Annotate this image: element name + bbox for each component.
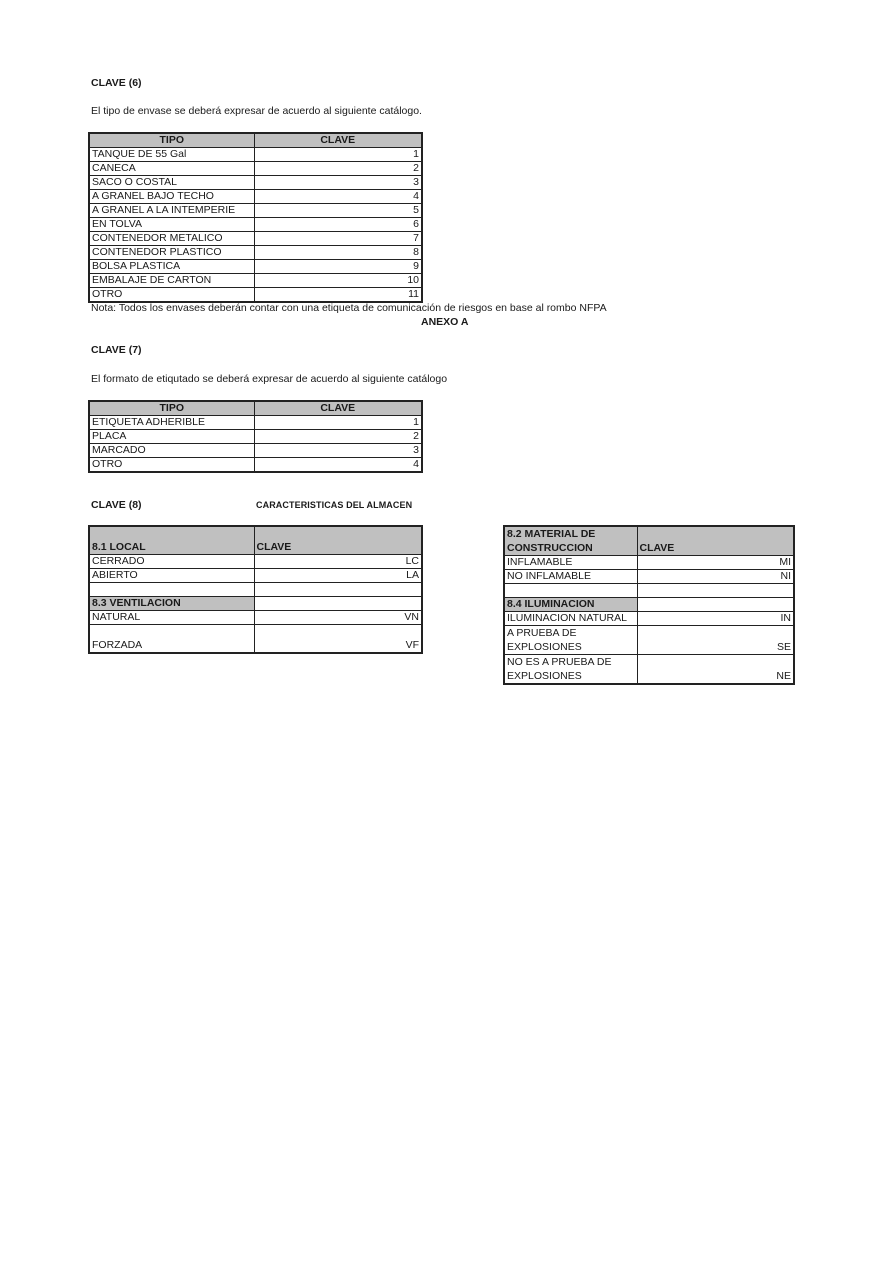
clave-cell: 4	[254, 458, 422, 473]
table-row: EMBALAJE DE CARTON10	[89, 274, 422, 288]
table-row: CONTENEDOR PLASTICO8	[89, 246, 422, 260]
table-header-row: 8.1 LOCAL CLAVE	[89, 526, 422, 555]
local-header: 8.1 LOCAL	[89, 526, 254, 555]
tipo-cell: SACO O COSTAL	[89, 176, 254, 190]
clave-cell: 5	[254, 204, 422, 218]
tipo-cell: CONTENEDOR PLASTICO	[89, 246, 254, 260]
section-header-row: 8.3 VENTILACION	[89, 597, 422, 611]
label-cell: NO INFLAMABLE	[504, 570, 637, 584]
label-cell: NATURAL	[89, 611, 254, 625]
tipo-cell: PLACA	[89, 430, 254, 444]
tipo-cell: CANECA	[89, 162, 254, 176]
clave-cell: 4	[254, 190, 422, 204]
tipo-cell: TANQUE DE 55 Gal	[89, 148, 254, 162]
ventilacion-header: 8.3 VENTILACION	[89, 597, 254, 611]
clave-cell: IN	[637, 612, 794, 626]
column-header-clave: CLAVE	[254, 401, 422, 416]
clave-cell: NE	[637, 655, 794, 685]
clave-cell: 11	[254, 288, 422, 303]
empty-cell	[637, 598, 794, 612]
clave-cell: SE	[637, 626, 794, 655]
column-header-tipo: TIPO	[89, 401, 254, 416]
table-row: ILUMINACION NATURALIN	[504, 612, 794, 626]
clave-cell: NI	[637, 570, 794, 584]
tipo-cell: ETIQUETA ADHERIBLE	[89, 416, 254, 430]
section-header-row: 8.4 ILUMINACION	[504, 598, 794, 612]
clave7-description: El formato de etiqutado se deberá expres…	[91, 373, 447, 385]
table-header-row: TIPO CLAVE	[89, 401, 422, 416]
tipo-cell: OTRO	[89, 288, 254, 303]
table-row: NO INFLAMABLENI	[504, 570, 794, 584]
table-row: A PRUEBA DE EXPLOSIONESSE	[504, 626, 794, 655]
table-row: NO ES A PRUEBA DE EXPLOSIONESNE	[504, 655, 794, 685]
table-header-row: 8.2 MATERIAL DE CONSTRUCCION CLAVE	[504, 526, 794, 556]
clave8-title: CLAVE (8)	[91, 499, 142, 511]
clave8-subtitle: CARACTERISTICAS DEL ALMACEN	[256, 500, 412, 510]
table-row: ETIQUETA ADHERIBLE1	[89, 416, 422, 430]
tipo-cell: EN TOLVA	[89, 218, 254, 232]
clave7-title: CLAVE (7)	[91, 344, 142, 356]
clave-cell: 6	[254, 218, 422, 232]
clave6-note: Nota: Todos los envases deberán contar c…	[91, 302, 607, 314]
clave6-table: TIPO CLAVE TANQUE DE 55 Gal1 CANECA2 SAC…	[88, 132, 423, 303]
label-cell: ABIERTO	[89, 569, 254, 583]
tipo-cell: OTRO	[89, 458, 254, 473]
label-cell: NO ES A PRUEBA DE EXPLOSIONES	[504, 655, 637, 685]
clave-cell: 10	[254, 274, 422, 288]
clave-cell: VN	[254, 611, 422, 625]
local-ventilacion-table: 8.1 LOCAL CLAVE CERRADOLC ABIERTOLA 8.3 …	[88, 525, 423, 654]
table-header-row: TIPO CLAVE	[89, 133, 422, 148]
clave7-table: TIPO CLAVE ETIQUETA ADHERIBLE1 PLACA2 MA…	[88, 400, 423, 473]
table-row: ABIERTOLA	[89, 569, 422, 583]
label-cell: INFLAMABLE	[504, 556, 637, 570]
clave-cell: 1	[254, 148, 422, 162]
empty-cell	[637, 584, 794, 598]
clave-cell: 2	[254, 162, 422, 176]
clave-cell: 2	[254, 430, 422, 444]
clave-cell: 7	[254, 232, 422, 246]
clave6-title: CLAVE (6)	[91, 77, 142, 89]
tipo-cell: A GRANEL A LA INTEMPERIE	[89, 204, 254, 218]
table-row: SACO O COSTAL3	[89, 176, 422, 190]
table-row: TANQUE DE 55 Gal1	[89, 148, 422, 162]
table-row: A GRANEL A LA INTEMPERIE5	[89, 204, 422, 218]
tipo-cell: EMBALAJE DE CARTON	[89, 274, 254, 288]
table-row: EN TOLVA6	[89, 218, 422, 232]
empty-cell	[254, 583, 422, 597]
empty-cell	[504, 584, 637, 598]
material-header: 8.2 MATERIAL DE CONSTRUCCION	[504, 526, 637, 556]
clave-cell: 8	[254, 246, 422, 260]
iluminacion-header: 8.4 ILUMINACION	[504, 598, 637, 612]
clave-cell: 9	[254, 260, 422, 274]
clave-cell: LA	[254, 569, 422, 583]
tipo-cell: MARCADO	[89, 444, 254, 458]
table-row: CONTENEDOR METALICO7	[89, 232, 422, 246]
local-clave-header: CLAVE	[254, 526, 422, 555]
table-row: CANECA2	[89, 162, 422, 176]
empty-cell	[254, 597, 422, 611]
clave-cell: 3	[254, 444, 422, 458]
material-clave-header: CLAVE	[637, 526, 794, 556]
table-row: A GRANEL BAJO TECHO4	[89, 190, 422, 204]
clave-cell: VF	[254, 625, 422, 654]
table-row: MARCADO3	[89, 444, 422, 458]
clave-cell: MI	[637, 556, 794, 570]
label-cell: CERRADO	[89, 555, 254, 569]
table-row: FORZADAVF	[89, 625, 422, 654]
table-row: CERRADOLC	[89, 555, 422, 569]
column-header-tipo: TIPO	[89, 133, 254, 148]
table-row: BOLSA PLASTICA9	[89, 260, 422, 274]
column-header-clave: CLAVE	[254, 133, 422, 148]
table-row: INFLAMABLEMI	[504, 556, 794, 570]
tipo-cell: CONTENEDOR METALICO	[89, 232, 254, 246]
table-row: PLACA2	[89, 430, 422, 444]
table-row: OTRO4	[89, 458, 422, 473]
clave-cell: 1	[254, 416, 422, 430]
tipo-cell: A GRANEL BAJO TECHO	[89, 190, 254, 204]
material-iluminacion-table: 8.2 MATERIAL DE CONSTRUCCION CLAVE INFLA…	[503, 525, 795, 685]
empty-row	[504, 584, 794, 598]
clave-cell: 3	[254, 176, 422, 190]
tipo-cell: BOLSA PLASTICA	[89, 260, 254, 274]
label-cell: A PRUEBA DE EXPLOSIONES	[504, 626, 637, 655]
label-cell: FORZADA	[89, 625, 254, 654]
table-row: NATURALVN	[89, 611, 422, 625]
empty-row	[89, 583, 422, 597]
empty-cell	[89, 583, 254, 597]
label-cell: ILUMINACION NATURAL	[504, 612, 637, 626]
clave-cell: LC	[254, 555, 422, 569]
table-row: OTRO11	[89, 288, 422, 303]
clave6-description: El tipo de envase se deberá expresar de …	[91, 105, 422, 117]
annex-label: ANEXO A	[421, 316, 468, 328]
